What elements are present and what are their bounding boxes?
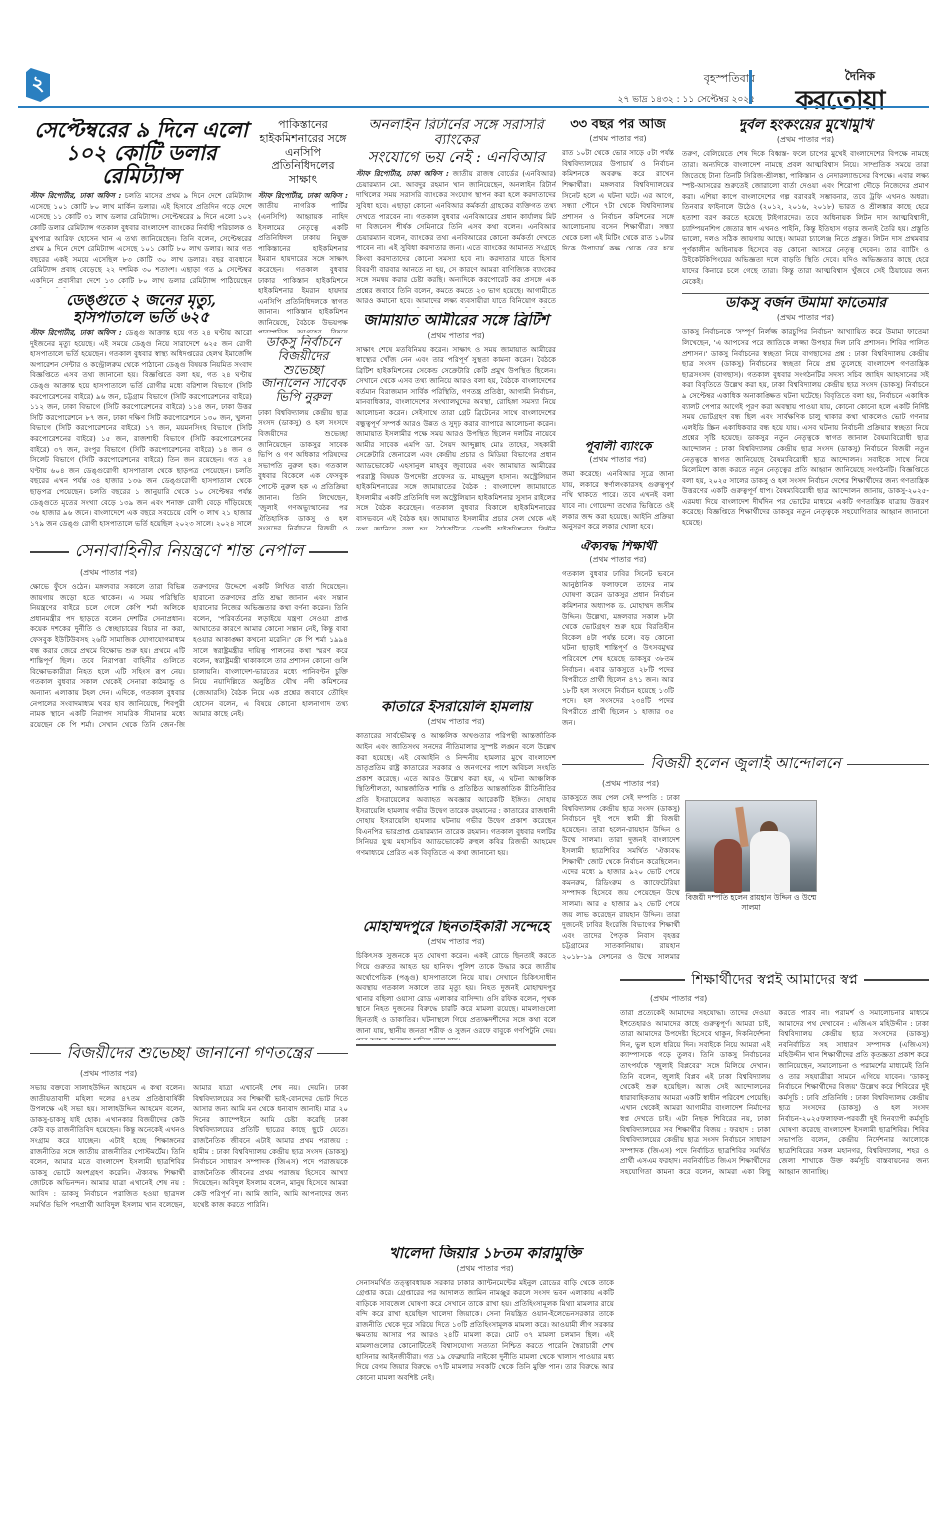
photo-caption: বিজয়ী দম্পতি হলেন রায়হান উদ্দিন ও উম্ম… xyxy=(683,893,819,913)
article-body: সেনাসমর্থিত তত্ত্বাবধায়ক সরকার ঢাকার ক্… xyxy=(356,1278,614,1382)
article-body: জাতীয় নাগরিক পার্টির (এনসিপি) আহ্বায়ক … xyxy=(258,201,348,333)
article-umama: ডাকসু বর্জন উমামা ফাতেমার (প্রথম পাতার প… xyxy=(682,296,929,746)
logo-prefix: দৈনিক xyxy=(800,68,920,88)
continued-label: (প্রথম পাতার পর) xyxy=(356,716,556,729)
continued-label: (প্রথম পাতার পর) xyxy=(356,330,556,343)
headline: কাতারে ইসরায়েলি হামলায় xyxy=(356,700,556,715)
article-khaleda: খালেদা জিয়ার ১৮তম কারামুক্তি (প্রথম পাত… xyxy=(356,1245,614,1420)
headline: শিক্ষার্থীদের স্বপ্নই আমাদের স্বপ্ন xyxy=(691,968,857,992)
headline: পূবালী ব্যাংকে xyxy=(562,440,674,453)
logo-name: করতোয়া xyxy=(760,88,920,114)
article-body: চলতি মাসের প্রথম ৯ দিনে দেশে রেমিট্যান্স… xyxy=(30,191,252,288)
article-body: জমা করেছে। এনবিআর সূত্রে জানা যায়, লকার… xyxy=(562,469,674,531)
masthead-rule xyxy=(18,106,929,108)
article-body: তারা প্রত্যেকেই আমাদের সহযোদ্ধা। তাদের দ… xyxy=(620,1008,929,1176)
headline: বিজয়ী হলেন জুলাই আন্দোলনে xyxy=(650,752,840,777)
article-body: গতকাল বুধবার ঢাবির সিনেট ভবনে আনুষ্ঠানিক… xyxy=(562,569,674,726)
headline: ডাকসু নির্বাচনে বিজয়ীদের শুভেচ্ছা জানাল… xyxy=(258,335,348,404)
byline: স্টাফ রিপোর্টার, ঢাকা অফিস : xyxy=(356,169,449,178)
article-democracy-greetings: বিজয়ীদের শুভেচ্ছা জানানো গণতন্ত্রের (প্… xyxy=(30,1040,348,1420)
continued-label: (প্রথম পাতার পর) xyxy=(356,1263,614,1276)
dateline: বৃহস্পতিবার ২৭ ভাদ্র ১৪৩২ : ১১ সেপ্টেম্ব… xyxy=(618,70,755,107)
continued-label: (প্রথম পাতার পর) xyxy=(602,778,929,791)
weekday: বৃহস্পতিবার xyxy=(618,70,755,89)
article-dengue: ডেঙ্গুতে ২ জনের মৃত্যু, হাসপাতালে ভর্তি … xyxy=(30,292,252,530)
article-body: তরুণ, বেলিয়েতে শেষ দিকে বিধ্বস্ত- ফলে চ… xyxy=(682,149,929,285)
article-33-years: ৩৩ বছর পর আজ (প্রথম পাতার পর) রাত ১০টা থ… xyxy=(562,118,674,250)
continued-label: (প্রথম পাতার পর) xyxy=(682,134,929,147)
continued-label: (প্রথম পাতার পর) xyxy=(562,454,674,467)
headline-row: সেনাবাহিনীর নিয়ন্ত্রণে শান্ত নেপাল xyxy=(30,538,348,566)
headline: ৩৩ বছর পর আজ xyxy=(562,118,674,132)
continued-label: (প্রথম পাতার পর) xyxy=(562,133,674,146)
section-divider xyxy=(682,293,929,294)
masthead: ২ বৃহস্পতিবার ২৭ ভাদ্র ১৪৩২ : ১১ সেপ্টেম… xyxy=(0,0,945,108)
article-pubali: পূবালী ব্যাংকে (প্রথম পাতার পর) জমা করেছ… xyxy=(562,440,674,540)
article-body: সভায় বক্তব্যে সালাহউদ্দিন আহমেদ এ কথা ব… xyxy=(30,1083,348,1209)
article-body: জাতীয় রাজস্ব বোর্ডের (এনবিআর) চেয়ারম্য… xyxy=(356,169,556,308)
headline: ১০২ কোটি ডলার রেমিট্যান্স xyxy=(30,141,252,187)
article-body: ঢাকা বিশ্ববিদ্যালয় কেন্দ্রীয় ছাত্র সংস… xyxy=(258,408,348,530)
headline: পাকিস্তানের হাইকমিশনারের সঙ্গে এনসিপি প্… xyxy=(258,118,348,187)
headline-row: শিক্ষার্থীদের স্বপ্নই আমাদের স্বপ্ন xyxy=(620,968,929,992)
article-jamaat: জামায়াত আমীরের সঙ্গে ব্রিটিশ (প্রথম পাত… xyxy=(356,312,556,530)
headline: মোহাম্মদপুরে ছিনতাইকারী সন্দেহে xyxy=(356,920,556,935)
headline: জামায়াত আমীরের সঙ্গে ব্রিটিশ xyxy=(356,312,556,329)
headline-row: বিজয়ী হলেন জুলাই আন্দোলনে xyxy=(562,752,929,777)
headline: ঐক্যবদ্ধ শিক্ষার্থী xyxy=(562,540,674,553)
winners-photo xyxy=(685,800,817,892)
headline: সেপ্টেম্বরের ৯ দিনে এলো xyxy=(30,118,252,141)
headline: সংযোগে ভয় নেই : এনবিআর xyxy=(356,149,556,166)
headline-row: বিজয়ীদের শুভেচ্ছা জানানো গণতন্ত্রের xyxy=(30,1040,348,1067)
section-divider xyxy=(356,1044,556,1046)
article-body: সাক্ষাৎ শেষে মতবিনিময় করেন। সাক্ষাৎ ও স… xyxy=(356,345,556,531)
headline: ডাকসু বর্জন উমামা ফাতেমার xyxy=(682,296,929,311)
article-body: চিকিৎসক সুজনকে মৃত ঘোষণা করেন। একই রোডে … xyxy=(356,951,556,1040)
article-oikyobaddho: ঐক্যবদ্ধ শিক্ষার্থী (প্রথম পাতার পর) গতক… xyxy=(562,540,674,750)
byline: স্টাফ রিপোর্টার, ঢাকা অফিস : xyxy=(30,328,122,337)
article-remittance: সেপ্টেম্বরের ৯ দিনে এলো ১০২ কোটি ডলার রে… xyxy=(30,118,252,288)
headline: অনলাইন রিটার্নের সঙ্গে সরাসরি ব্যাংকের xyxy=(356,118,556,149)
continued-label: (প্রথম পাতার পর) xyxy=(562,554,674,567)
article-body: ডাকসুতে জয় পেল সেই দম্পতি : ঢাকা বিশ্বব… xyxy=(562,793,680,962)
article-qatar-israel: কাতারে ইসরায়েলি হামলায় (প্রথম পাতার পর… xyxy=(356,700,556,910)
article-body: ডেঙ্গু আক্রান্ত হয়ে গত ২৪ ঘণ্টায় আরো দ… xyxy=(30,328,252,530)
byline: স্টাফ রিপোর্টার, ঢাকা অফিস : xyxy=(30,191,121,200)
photo-person-right xyxy=(750,831,790,893)
photo-person-left xyxy=(714,839,742,893)
headline: দুর্বল হংকংয়ের মুখোমুখি xyxy=(682,118,929,133)
article-body: রাত ১০টা থেকে ভোর সাড়ে ৫টা পর্যন্ত বিশ্… xyxy=(562,148,674,250)
masthead-divider xyxy=(749,70,752,104)
article-pakistan: পাকিস্তানের হাইকমিশনারের সঙ্গে এনসিপি প্… xyxy=(258,118,348,333)
headline: সেনাবাহিনীর নিয়ন্ত্রণে শান্ত নেপাল xyxy=(75,538,304,566)
article-nbr: অনলাইন রিটার্নের সঙ্গে সরাসরি ব্যাংকের স… xyxy=(356,118,556,308)
article-body: ক্ষোভে ফুঁসে ওঠেন। মঙ্গলবার সকালে তারা ব… xyxy=(30,582,348,729)
continued-label: (প্রথম পাতার পর) xyxy=(356,936,556,949)
article-body: ডাকসু নির্বাচনকে 'সম্পূর্ণ নির্লজ্জ কারচ… xyxy=(682,327,929,527)
continued-label: (প্রথম পাতার পর) xyxy=(80,567,348,580)
article-nepal: সেনাবাহিনীর নিয়ন্ত্রণে শান্ত নেপাল (প্র… xyxy=(30,538,348,998)
page-number-badge: ২ xyxy=(26,68,50,102)
article-durbol-hongkong: দুর্বল হংকংয়ের মুখোমুখি (প্রথম পাতার পর… xyxy=(682,118,929,293)
byline: স্টাফ রিপোর্টার, ঢাকা অফিস : xyxy=(258,191,348,200)
continued-label: (প্রথম পাতার পর) xyxy=(650,993,929,1006)
headline: ডেঙ্গুতে ২ জনের মৃত্যু, হাসপাতালে ভর্তি … xyxy=(30,292,252,325)
headline: বিজয়ীদের শুভেচ্ছা জানানো গণতন্ত্রের xyxy=(67,1040,312,1067)
continued-label: (প্রথম পাতার পর) xyxy=(80,1068,348,1081)
article-body: কাতারের সার্বভৌমত্ব ও আঞ্চলিক অখণ্ডতার প… xyxy=(356,731,556,857)
issue-date: ২৭ ভাদ্র ১৪৩২ : ১১ সেপ্টেম্বর ২০২৫ xyxy=(618,92,755,107)
headline: খালেদা জিয়ার ১৮তম কারামুক্তি xyxy=(356,1245,614,1262)
article-students-dream: শিক্ষার্থীদের স্বপ্নই আমাদের স্বপ্ন (প্র… xyxy=(620,968,929,1418)
continued-label: (প্রথম পাতার পর) xyxy=(682,312,929,325)
article-ducsu-nurul: ডাকসু নির্বাচনে বিজয়ীদের শুভেচ্ছা জানাল… xyxy=(258,335,348,530)
article-mohammadpur: মোহাম্মদপুরে ছিনতাইকারী সন্দেহে (প্রথম প… xyxy=(356,920,556,1040)
